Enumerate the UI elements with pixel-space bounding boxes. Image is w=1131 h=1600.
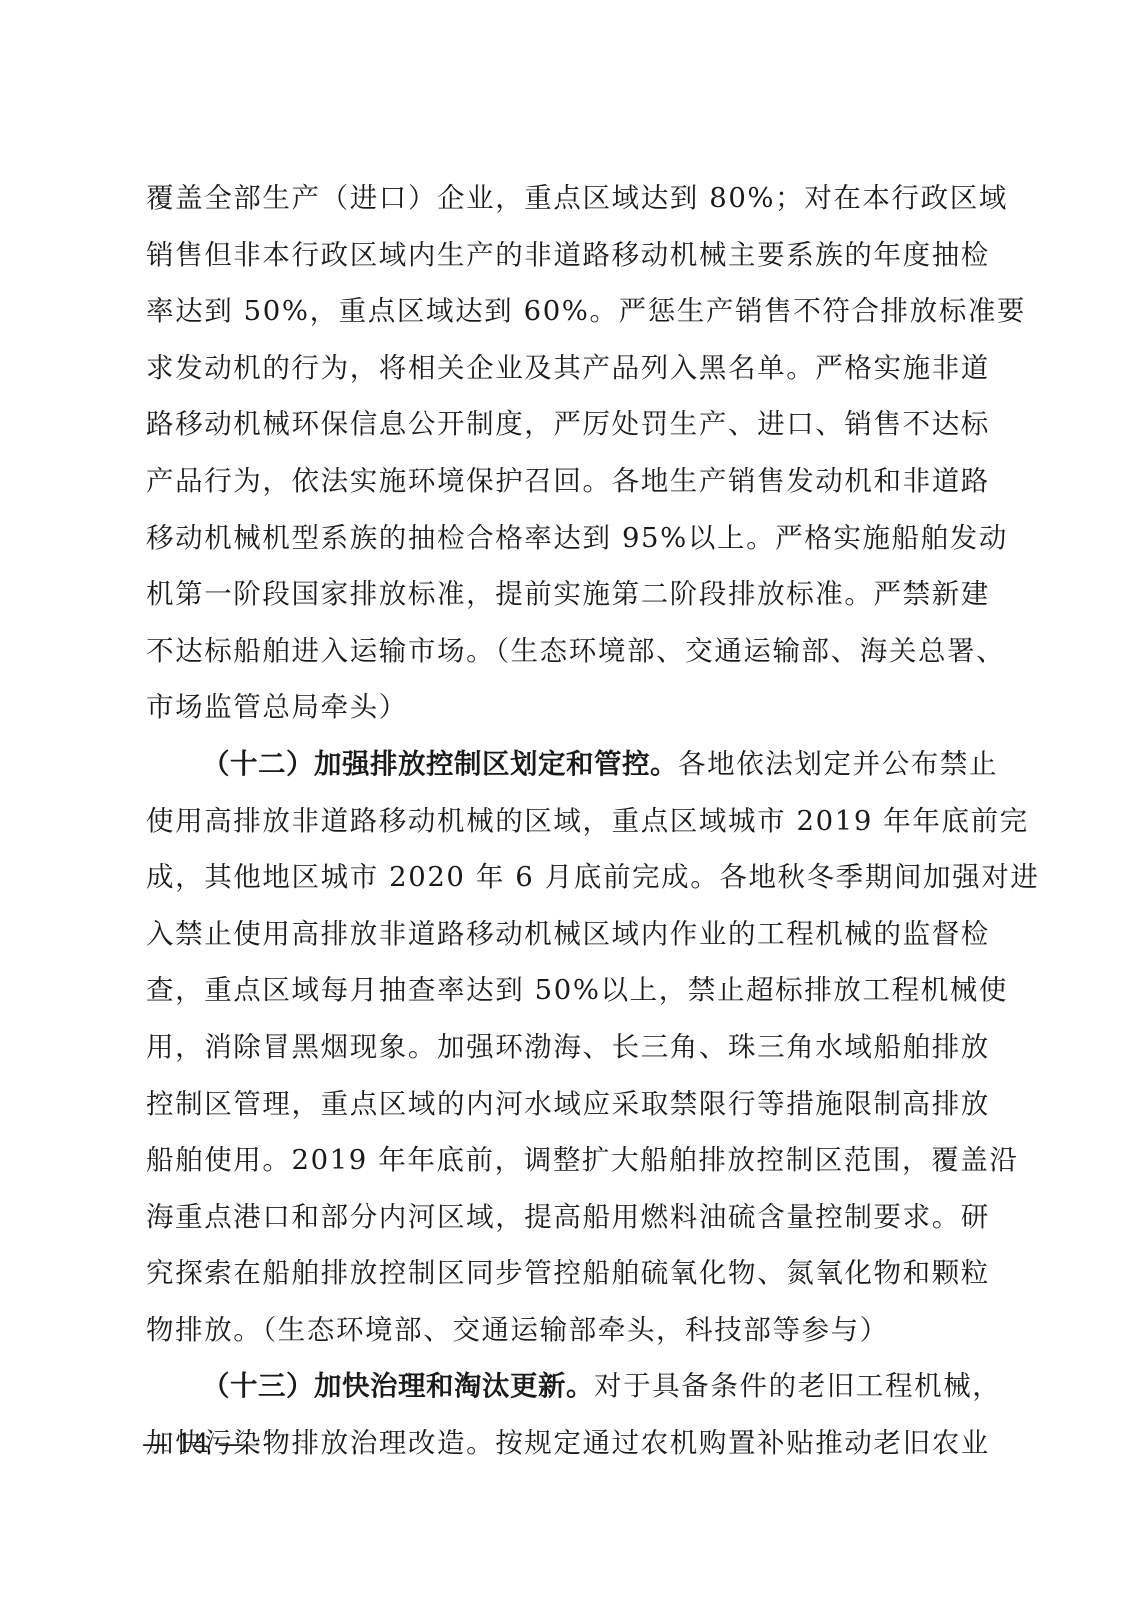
section-12-heading: （十二）加强排放控制区划定和管控。 — [202, 736, 678, 793]
body-text: 覆盖全部生产（进口）企业，重点区域达到 80%；对在本行政区域 销售但非本行政区… — [146, 170, 986, 1472]
text-line: 销售但非本行政区域内生产的非道路移动机械主要系族的年度抽检 — [146, 227, 986, 284]
document-page: 覆盖全部生产（进口）企业，重点区域达到 80%；对在本行政区域 销售但非本行政区… — [0, 0, 1131, 1600]
text-line: 不达标船舶进入运输市场。（生态环境部、交通运输部、海关总署、 — [146, 623, 986, 680]
text-line: 市场监管总局牵头） — [146, 679, 986, 736]
text-line: 使用高排放非道路移动机械的区域，重点区域城市 2019 年年底前完 — [146, 793, 986, 850]
section-12-first-line: （十二）加强排放控制区划定和管控。各地依法划定并公布禁止 — [146, 736, 986, 793]
text-line: 船舶使用。2019 年年底前，调整扩大船舶排放控制区范围，覆盖沿 — [146, 1132, 986, 1189]
text-line: 物排放。（生态环境部、交通运输部牵头，科技部等参与） — [146, 1302, 986, 1359]
text-line: 率达到 50%，重点区域达到 60%。严惩生产销售不符合排放标准要 — [146, 283, 986, 340]
text-line: 路移动机械环保信息公开制度，严厉处罚生产、进口、销售不达标 — [146, 396, 986, 453]
page-number: — 14 — — [142, 1424, 244, 1464]
text-line: 加快污染物排放治理改造。按规定通过农机购置补贴推动老旧农业 — [146, 1415, 986, 1472]
text-line: 覆盖全部生产（进口）企业，重点区域达到 80%；对在本行政区域 — [146, 170, 986, 227]
text-line: 海重点港口和部分内河区域，提高船用燃料油硫含量控制要求。研 — [146, 1189, 986, 1246]
text-line: 控制区管理，重点区域的内河水域应采取禁限行等措施限制高排放 — [146, 1076, 986, 1133]
section-13-first-line: （十三）加快治理和淘汰更新。对于具备条件的老旧工程机械， — [146, 1358, 986, 1415]
text-line: 入禁止使用高排放非道路移动机械区域内作业的工程机械的监督检 — [146, 906, 986, 963]
section-13-heading: （十三）加快治理和淘汰更新。 — [202, 1358, 594, 1415]
text-line: 成，其他地区城市 2020 年 6 月底前完成。各地秋冬季期间加强对进 — [146, 849, 986, 906]
text-line: 产品行为，依法实施环境保护召回。各地生产销售发动机和非道路 — [146, 453, 986, 510]
text-line: 机第一阶段国家排放标准，提前实施第二阶段排放标准。严禁新建 — [146, 566, 986, 623]
text-line: 用，消除冒黑烟现象。加强环渤海、长三角、珠三角水域船舶排放 — [146, 1019, 986, 1076]
text-line: 查，重点区域每月抽查率达到 50%以上，禁止超标排放工程机械使 — [146, 962, 986, 1019]
text-line: 求发动机的行为，将相关企业及其产品列入黑名单。严格实施非道 — [146, 340, 986, 397]
text-line: 究探索在船舶排放控制区同步管控船舶硫氧化物、氮氧化物和颗粒 — [146, 1245, 986, 1302]
text-line: 移动机械机型系族的抽检合格率达到 95%以上。严格实施船舶发动 — [146, 510, 986, 567]
